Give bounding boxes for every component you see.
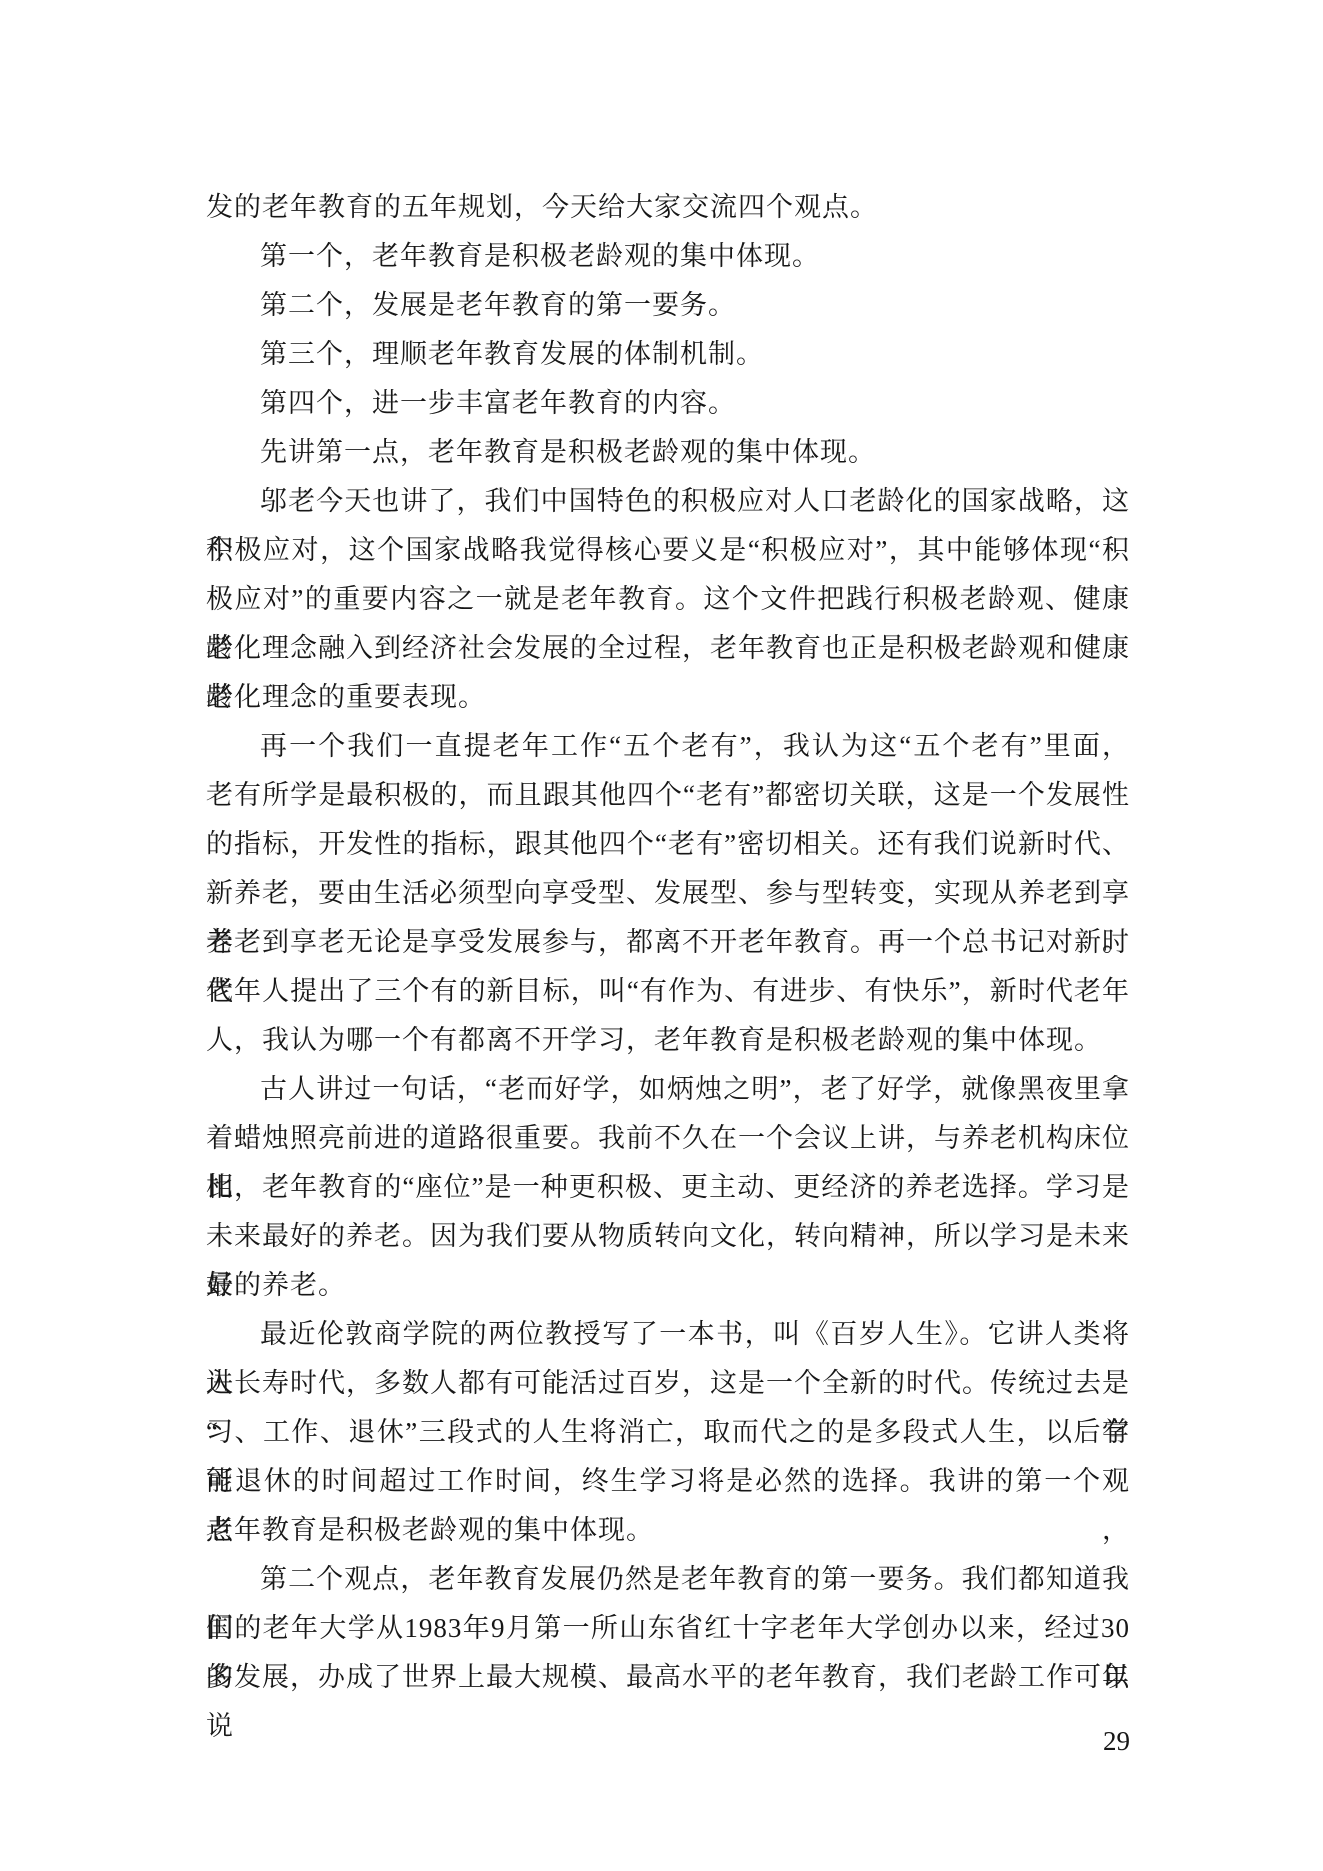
text-body: 发的老年教育的五年规划，今天给大家交流四个观点。第一个，老年教育是积极老龄观的集… xyxy=(206,183,1130,1702)
text-line: 国的老年大学从1983年9月第一所山东省红十字老年大学创办以来，经过30多年 xyxy=(206,1604,1130,1653)
text-line: 人，我认为哪一个有都离不开学习，老年教育是积极老龄观的集中体现。 xyxy=(206,1016,1130,1065)
text-line: 第二个，发展是老年教育的第一要务。 xyxy=(206,281,1130,330)
text-line: 的指标，开发性的指标，跟其他四个“老有”密切相关。还有我们说新时代、 xyxy=(206,820,1130,869)
text-line: 第四个，进一步丰富老年教育的内容。 xyxy=(206,379,1130,428)
text-line: 第三个，理顺老年教育发展的体制机制。 xyxy=(206,330,1130,379)
text-line: 入长寿时代，多数人都有可能活过百岁，这是一个全新的时代。传统过去是“学 xyxy=(206,1359,1130,1408)
text-line: 古人讲过一句话，“老而好学，如炳烛之明”，老了好学，就像黑夜里拿 xyxy=(206,1065,1130,1114)
text-line: 龄化理念的重要表现。 xyxy=(206,673,1130,722)
text-line: 再一个我们一直提老年工作“五个老有”，我认为这“五个老有”里面， xyxy=(206,722,1130,771)
text-line: 龄化理念融入到经济社会发展的全过程，老年教育也正是积极老龄观和健康老 xyxy=(206,624,1130,673)
text-line: 先讲第一点，老年教育是积极老龄观的集中体现。 xyxy=(206,428,1130,477)
document-page: 发的老年教育的五年规划，今天给大家交流四个观点。第一个，老年教育是积极老龄观的集… xyxy=(0,0,1323,1871)
text-line: 最近伦敦商学院的两位教授写了一本书，叫《百岁人生》。它讲人类将进 xyxy=(206,1310,1130,1359)
text-line: 老年人提出了三个有的新目标，叫“有作为、有进步、有快乐”，新时代老年 xyxy=(206,967,1130,1016)
text-line: 未来最好的养老。因为我们要从物质转向文化，转向精神，所以学习是未来最 xyxy=(206,1212,1130,1261)
text-line: 养老到享老无论是享受发展参与，都离不开老年教育。再一个总书记对新时代 xyxy=(206,918,1130,967)
text-line: 好的养老。 xyxy=(206,1261,1130,1310)
text-line: 的发展，办成了世界上最大规模、最高水平的老年教育，我们老龄工作可以说 xyxy=(206,1653,1130,1702)
text-line: 着蜡烛照亮前进的道路很重要。我前不久在一个会议上讲，与养老机构床位相 xyxy=(206,1114,1130,1163)
page-number: 29 xyxy=(1103,1724,1130,1758)
text-line: 第一个，老年教育是积极老龄观的集中体现。 xyxy=(206,232,1130,281)
text-line: 积极应对，这个国家战略我觉得核心要义是“积极应对”，其中能够体现“积 xyxy=(206,526,1130,575)
text-line: 新养老，要由生活必须型向享受型、发展型、参与型转变，实现从养老到享老。 xyxy=(206,869,1130,918)
text-line: 邬老今天也讲了，我们中国特色的积极应对人口老龄化的国家战略，这个 xyxy=(206,477,1130,526)
text-line: 老有所学是最积极的，而且跟其他四个“老有”都密切关联，这是一个发展性 xyxy=(206,771,1130,820)
text-line: 能退休的时间超过工作时间，终生学习将是必然的选择。我讲的第一个观点， xyxy=(206,1457,1130,1506)
text-line: 习、工作、退休”三段式的人生将消亡，取而代之的是多段式人生，以后有可 xyxy=(206,1408,1130,1457)
text-line: 比，老年教育的“座位”是一种更积极、更主动、更经济的养老选择。学习是 xyxy=(206,1163,1130,1212)
text-line: 发的老年教育的五年规划，今天给大家交流四个观点。 xyxy=(206,183,1130,232)
text-line: 极应对”的重要内容之一就是老年教育。这个文件把践行积极老龄观、健康老 xyxy=(206,575,1130,624)
text-line: 第二个观点，老年教育发展仍然是老年教育的第一要务。我们都知道我们 xyxy=(206,1555,1130,1604)
